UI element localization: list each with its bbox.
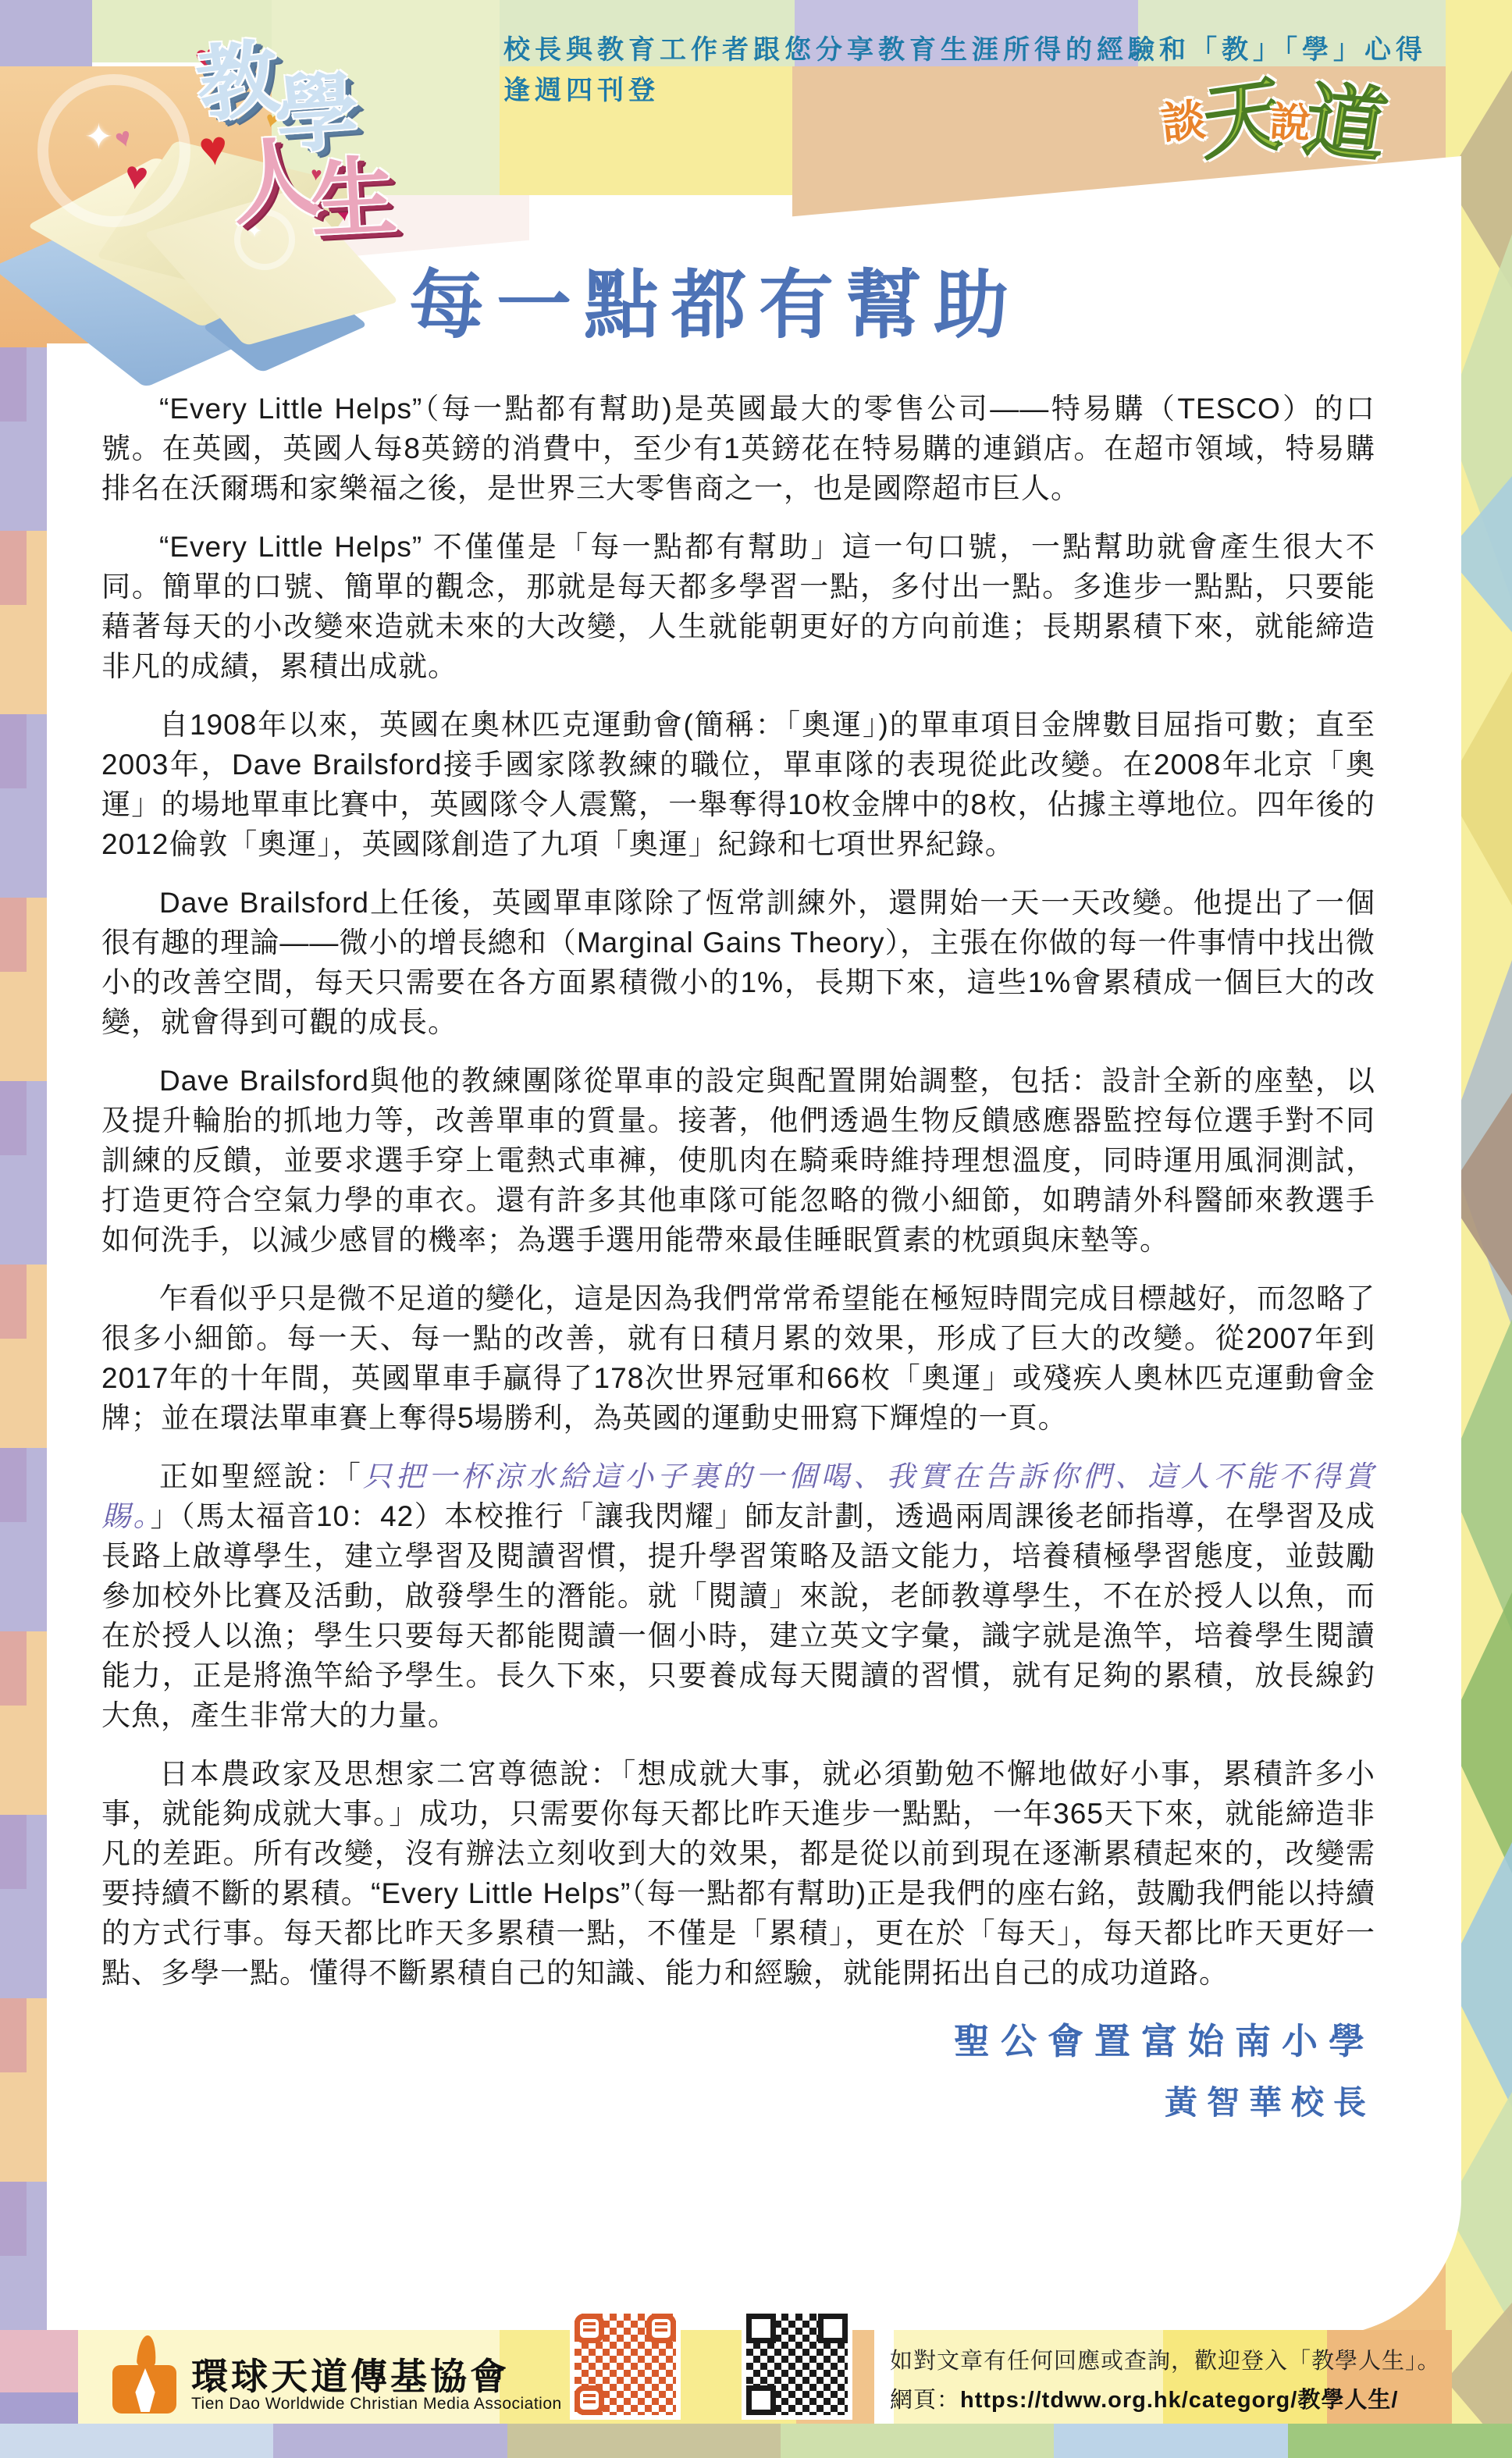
paragraph-1: “Every Little Helps”（每一點都有幫助)是英國最大的零售公司—… (101, 389, 1375, 508)
qr-pattern (746, 2314, 848, 2415)
footer-tile (0, 2330, 78, 2392)
footer-tile (1288, 2424, 1512, 2458)
org-name-zh: 環球天道傳基協會 (191, 2348, 510, 2400)
paragraph-7-rest: 」（馬太福音10：42）本校推行「讓我閃耀」師友計劃，透過兩周課後老師指導，在學… (101, 1500, 1375, 1731)
qr-finder (746, 2385, 776, 2415)
sparkle-icon: ✦ (84, 117, 113, 157)
paragraph-7: 正如聖經說：「只把一杯涼水給這小子裏的一個喝、我實在告訴你們、這人不能不得賞賜。… (101, 1457, 1375, 1735)
signature-school: 聖公會置富始南小學 (101, 2013, 1375, 2065)
footer-tile (1054, 2424, 1288, 2458)
qr-finder (746, 2314, 776, 2343)
tiendao-candle-logo-icon (109, 2342, 181, 2414)
footer-tile (507, 2424, 781, 2458)
qr-finder (575, 2314, 604, 2343)
footer-tile (0, 2424, 273, 2458)
paragraph-8: 日本農政家及思想家二宮尊德說：「想成就大事，就必須勤勉不懈地做好小事，累積許多小… (101, 1754, 1375, 1993)
paragraph-4: Dave Brailsford上任後，英國單車隊除了恆常訓練外，還開始一天一天改… (101, 883, 1375, 1042)
qr-pattern (575, 2314, 676, 2415)
paragraph-2: “Every Little Helps” 不僅僅是「每一點都有幫助」這一句口號，… (101, 527, 1375, 686)
masthead-tagline-line1: 校長與教育工作者跟您分享教育生涯所得的經驗和「教」「學」心得 (503, 28, 1427, 66)
article: 每一點都有幫助 “Every Little Helps”（每一點都有幫助)是英國… (101, 246, 1375, 2124)
masthead-tagline-line2: 逢週四刊登 (503, 69, 660, 107)
org-name-en: Tien Dao Worldwide Christian Media Assoc… (191, 2395, 562, 2414)
paragraph-7-lead: 正如聖經說：「 (159, 1460, 363, 1492)
paragraph-5: Dave Brailsford與他的教練團隊從單車的設定與配置開始調整，包括：設… (101, 1061, 1375, 1260)
website-url-link[interactable]: https://tdww.org.hk/categorg/教學人生/ (960, 2388, 1398, 2413)
footer-tile (781, 2424, 1054, 2458)
column-logo-char: 教 (192, 36, 284, 128)
footer-tile (273, 2424, 507, 2458)
sparkle-ring-icon (37, 74, 190, 227)
qr-finder (575, 2385, 604, 2415)
paragraph-6: 乍看似乎只是微不足道的變化，這是因為我們常常希望能在極短時間完成目標越好，而忽略… (101, 1279, 1375, 1438)
series-logo-char: 道 (1299, 80, 1393, 167)
footer-note: 如對文章有任何回應或查詢，歡迎登入「教學人生」。 (890, 2343, 1441, 2375)
qr-code-black (742, 2309, 852, 2420)
paragraph-3: 自1908年以來，英國在奧林匹克運動會(簡稱：「奧運」)的單車項目金牌數目屈指可… (101, 705, 1375, 864)
poster-page: { "colors": { "title_blue": "#4E73B6", "… (0, 0, 1512, 2458)
footer-web-line: 網頁：https://tdww.org.hk/categorg/教學人生/ (890, 2382, 1398, 2414)
qr-finder (818, 2314, 848, 2343)
qr-finder (646, 2314, 676, 2343)
article-title: 每一點都有幫助 (101, 246, 1329, 353)
column-logo-char: 生 (308, 154, 399, 244)
qr-code-orange (570, 2309, 681, 2420)
signature-principal: 黃智華校長 (101, 2077, 1375, 2124)
web-label: 網頁： (890, 2388, 960, 2413)
signature-block: 聖公會置富始南小學 黃智華校長 (101, 2013, 1375, 2124)
series-logo-char: 談 (1159, 98, 1208, 146)
bg-tile (0, 0, 92, 66)
